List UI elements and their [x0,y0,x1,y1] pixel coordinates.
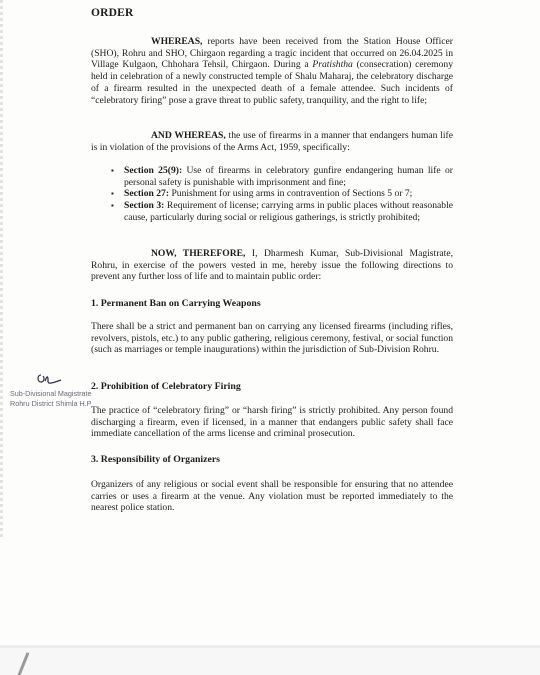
section-label: Section 3: [124,200,164,211]
direction-1-heading: 1. Permanent Ban on Carrying Weapons [91,298,261,310]
section-item: Section 27: Punishment for using arms in… [111,188,453,200]
section-item: Section 25(9): Use of firearms in celebr… [111,165,453,188]
and-whereas-paragraph: AND WHEREAS, the use of firearms in a ma… [91,130,453,153]
stamp-line-2: Rohru District Shimla H.P [10,399,91,408]
section-label: Section 27: [124,188,169,199]
section-item: Section 3: Requirement of license; carry… [111,200,453,223]
and-whereas-text: the use of firearms in a manner that end… [91,130,453,153]
left-margin-marks [0,0,3,540]
direction-3-heading: 3. Responsibility of Organizers [91,454,220,466]
whereas-paragraph: WHEREAS, reports have been received from… [91,36,453,106]
direction-1-text: There shall be a strict and permanent ba… [91,321,453,356]
direction-2-heading: 2. Prohibition of Celebratory Firing [91,381,241,393]
document-page: ORDER WHEREAS, reports have been receive… [0,0,540,645]
direction-3-text: Organizers of any religious or social ev… [91,479,453,514]
page-bottom-strip [0,645,540,675]
section-text: Punishment for using arms in contraventi… [169,188,412,199]
direction-2-text: The practice of “celebratory firing” or … [91,405,453,440]
therefore-paragraph: NOW, THEREFORE, I, Dharmesh Kumar, Sub-D… [91,248,453,283]
section-label: Section 25(9): [124,165,182,176]
section-text: Requirement of license; carrying arms in… [124,200,453,223]
stamp-line-1: Sub-Divisional Magistrate [10,389,92,398]
order-title: ORDER [91,8,134,20]
therefore-lead: NOW, THEREFORE, [151,248,245,259]
arms-act-sections: Section 25(9): Use of firearms in celebr… [111,165,453,224]
whereas-italic: Pratishtha [312,59,353,70]
and-whereas-lead: AND WHEREAS, [151,130,226,141]
therefore-text: I, Dharmesh Kumar, Sub-Divisional Magist… [91,248,453,282]
signature-icon [35,372,63,388]
whereas-lead: WHEREAS, [151,36,202,47]
